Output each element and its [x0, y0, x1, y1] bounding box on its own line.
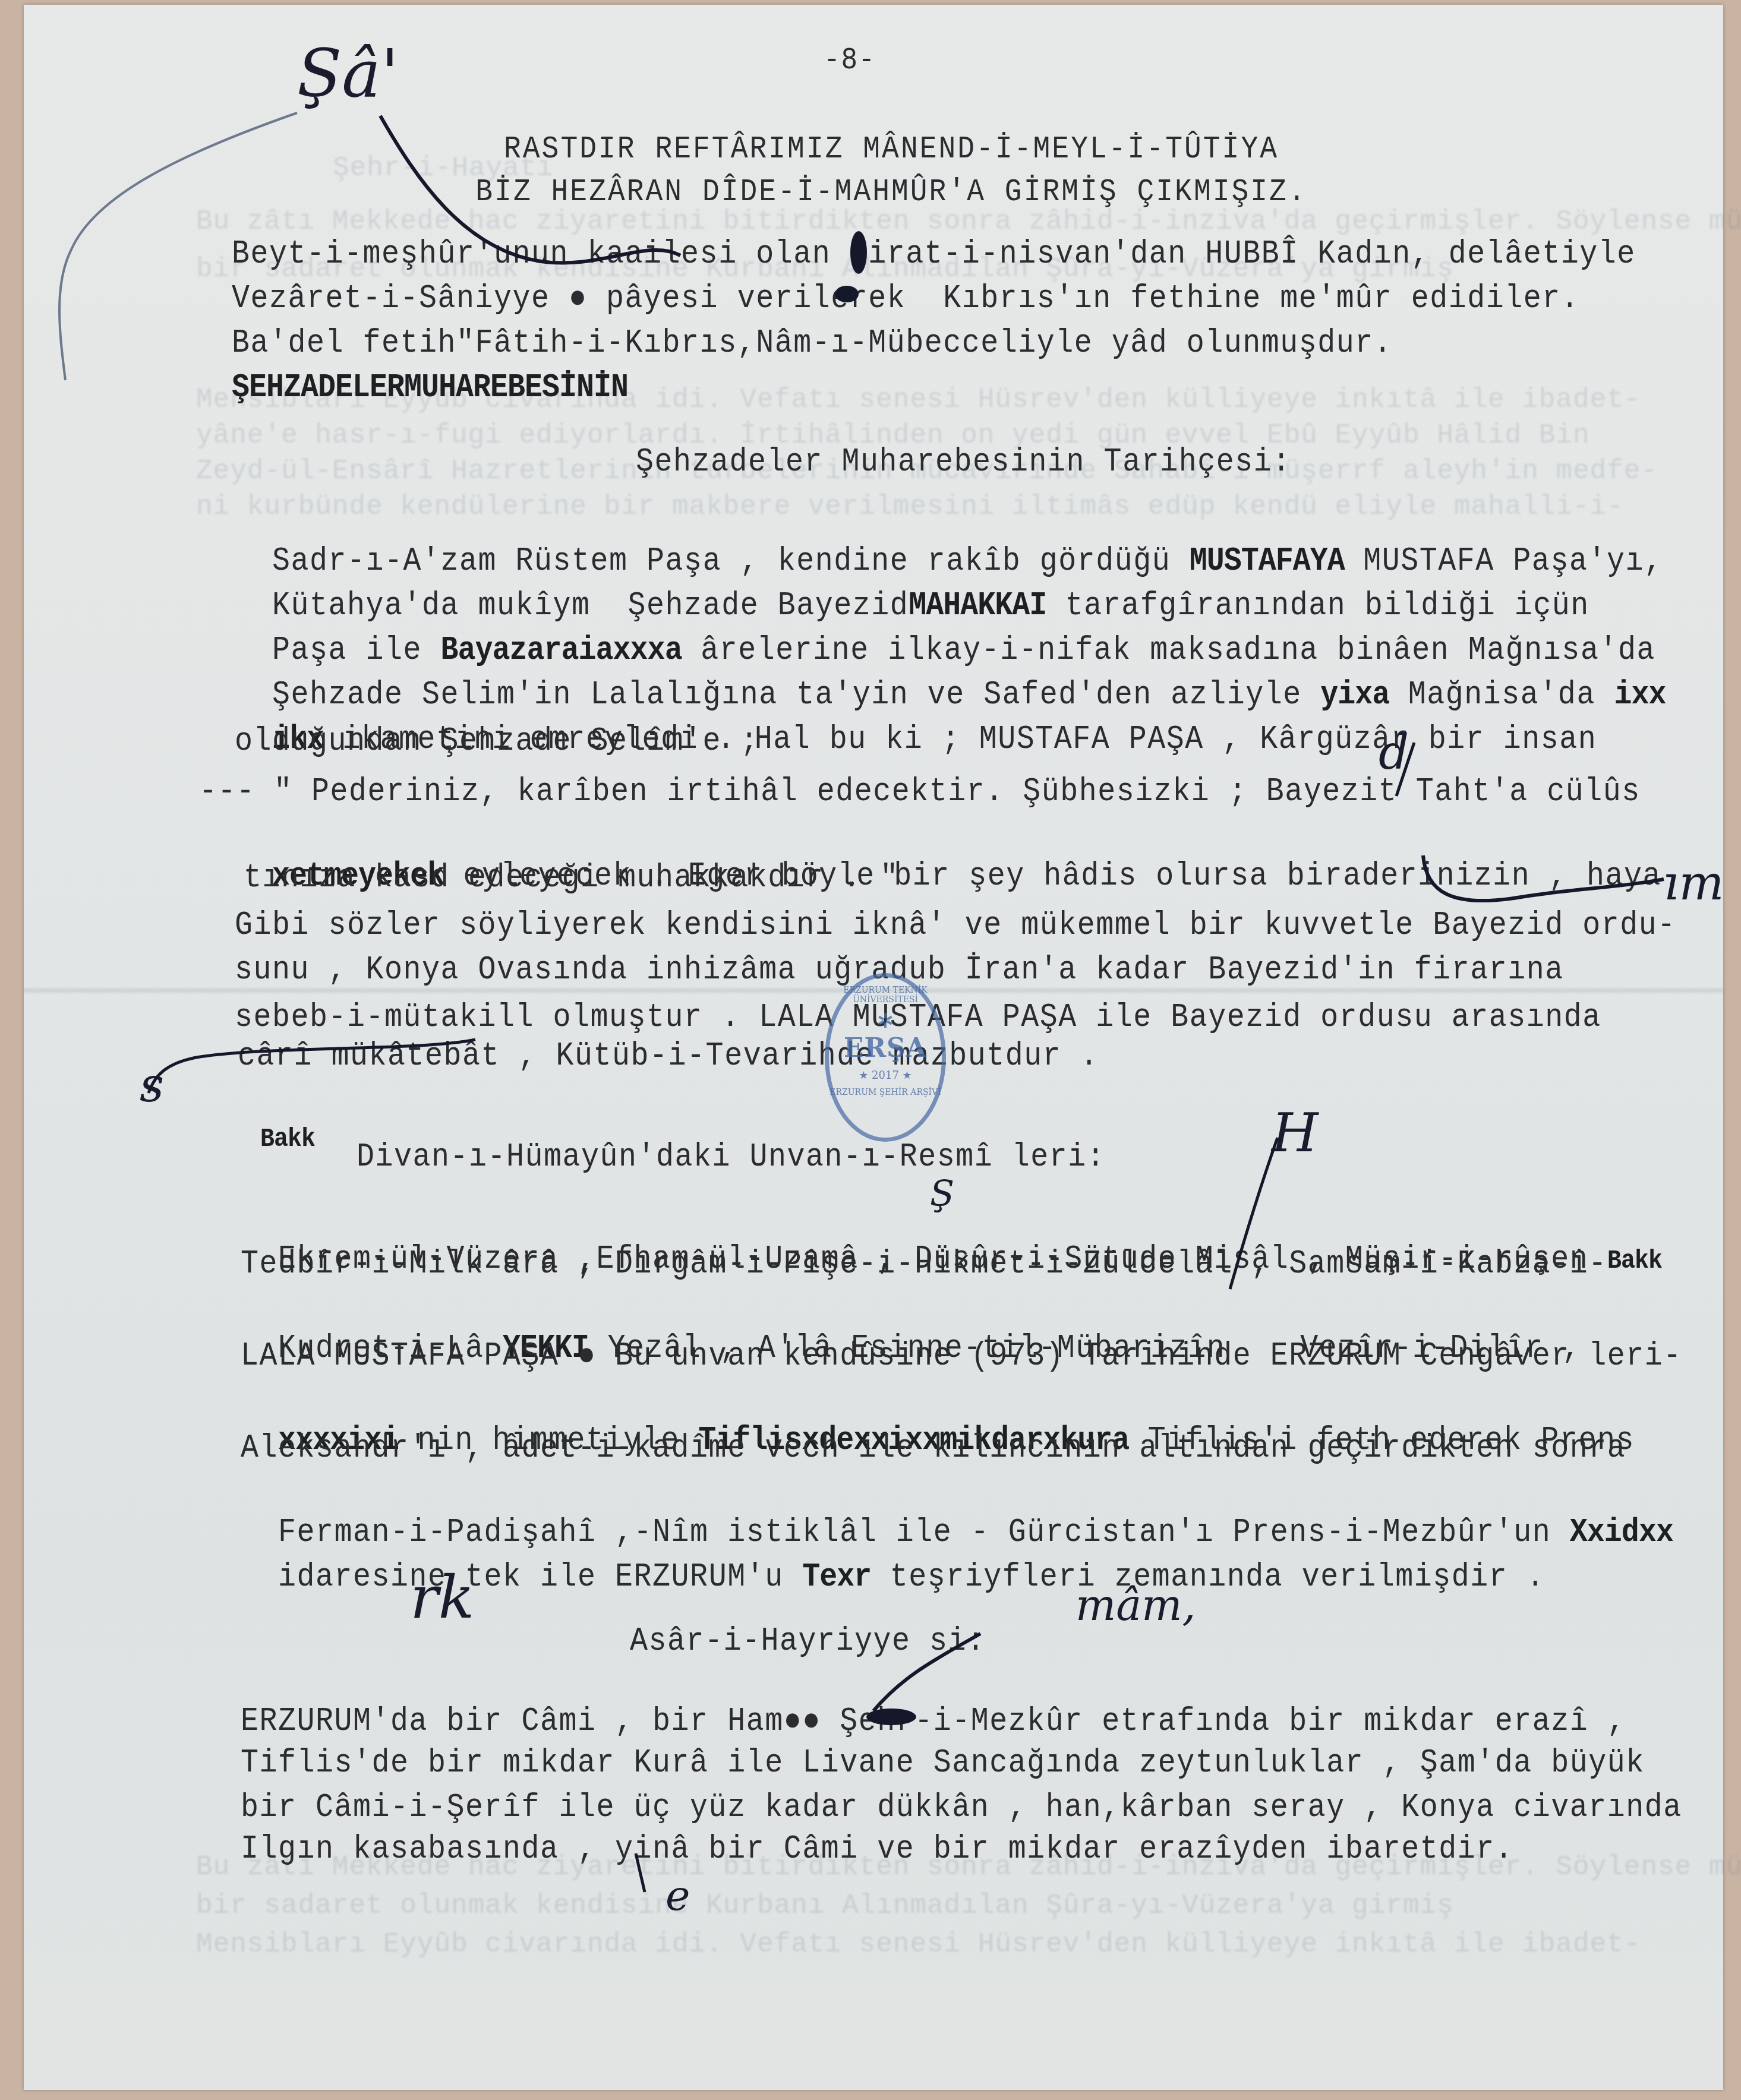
body-line: Aleksandr'ı , âdet-i-kadîme vech ile kıl…: [241, 1429, 1626, 1469]
stamp-ring-text: ERZURUM ŞEHİR ARŞİVİ: [829, 1088, 942, 1097]
text-segment: teşriyfleri zemanında verilmişdir .: [871, 1558, 1545, 1596]
struck-out-text: Xxidxx: [1570, 1514, 1673, 1552]
section-title-unvan: Divan-ı-Hümayûn'daki Unvan-ı-Resmî leri:: [357, 1138, 1105, 1177]
body-line: Ilgın kasabasında , yinâ bir Câmi ve bir…: [241, 1830, 1513, 1870]
body-line: Gibi sözler söyliyerek kendisini iknâ' v…: [235, 906, 1676, 946]
text-segment: idaresine tek ile ERZURUM'u: [278, 1558, 802, 1596]
struck-out-text: ixx: [1614, 676, 1666, 714]
handwritten-annotation-s: s: [140, 1057, 164, 1113]
body-line: cârî mükâtebât , Kütüb-i-Tevarihde mazbu…: [238, 1037, 1099, 1076]
stamp-year: ★ 2017 ★: [829, 1069, 942, 1082]
struck-out-text: Texr: [802, 1558, 871, 1596]
handwritten-annotation-rm: ım: [1664, 855, 1724, 911]
section-title-asar: Asâr-i-Hayriyye si:: [630, 1622, 986, 1662]
handwritten-annotation-rk: rk: [410, 1562, 474, 1632]
handwritten-annotation-sa: Şâ': [297, 36, 399, 112]
body-line: ERZURUM'da bir Câmi , bir Ham●● Şehr-i-M…: [241, 1702, 1626, 1742]
body-line: Tiflis'de bir mikdar Kurâ ile Livane San…: [241, 1744, 1645, 1783]
quote-line: tınıza kasd edeceği muhakkakdır . ": [244, 858, 899, 898]
body-line: bir Câmi-i-Şerîf ile üç yüz kadar dükkân…: [241, 1788, 1682, 1828]
body-line: LALA MUSTAFA PAŞA ● Bu unvan kendûsine (…: [241, 1337, 1682, 1376]
body-line: olduğundan Şehzade Selîm'e ;: [235, 722, 759, 762]
archive-stamp: ERZURUM TEKNİK ÜNİVERSİTESİ ✲ ERŞA ★ 201…: [825, 973, 946, 1142]
stamp-center-text: ERŞA: [829, 1033, 942, 1063]
body-line: Tedbîr-i-Milk ârâ , Dırgâm-i-Pîşe-i-Hikm…: [241, 1245, 1607, 1284]
intro-line: Vezâret-i-Sâniyye ● pâyesi verilerek Kıb…: [232, 279, 1579, 319]
intro-line: Beyt-i-meşhûr'unun kaailesi olan ●irat-i…: [232, 235, 1636, 274]
poem-line-2: BİZ HEZÂRAN DÎDE-İ-MAHMÛR'A GİRMİŞ ÇIKMI…: [416, 172, 1367, 212]
intro-line: Ba'del fetih"Fâtih-i-Kıbrıs,Nâm-ı-Mübecc…: [232, 324, 1392, 364]
poem-line-1: RASTDIR REFTÂRIMIZ MÂNEND-İ-MEYL-İ-TÛTİY…: [416, 130, 1367, 169]
page-number: -8-: [772, 40, 927, 80]
bleed-through-line: Mensibları Eyyûb civarında idi. Vefatı s…: [196, 1925, 1641, 1964]
snowflake-icon: ✲: [829, 1009, 942, 1033]
handwritten-annotation-d: d: [1379, 725, 1409, 780]
section-title-sehzadeler: Şehzadeler Muharebesinin Tarihçesi:: [636, 443, 1291, 482]
struck-out-text: ŞEHZADELERMUHAREBESİNİN: [232, 368, 628, 408]
handwritten-annotation-s-cedilla: Ş: [930, 1173, 954, 1215]
handwritten-annotation-h: H: [1272, 1102, 1319, 1164]
quote-line: --- " Pederiniz, karîben irtihâl edecekt…: [199, 772, 1641, 812]
stamp-ring-text: ERZURUM TEKNİK ÜNİVERSİTESİ: [829, 986, 942, 1005]
handwritten-annotation-mam: mâm,: [1075, 1580, 1196, 1630]
handwritten-annotation-e: e: [666, 1871, 690, 1920]
bleed-through-line: bir sadaret olunmak kendisine Kurbanı Al…: [196, 1886, 1454, 1925]
struck-out-text: Bakk: [260, 1120, 315, 1160]
